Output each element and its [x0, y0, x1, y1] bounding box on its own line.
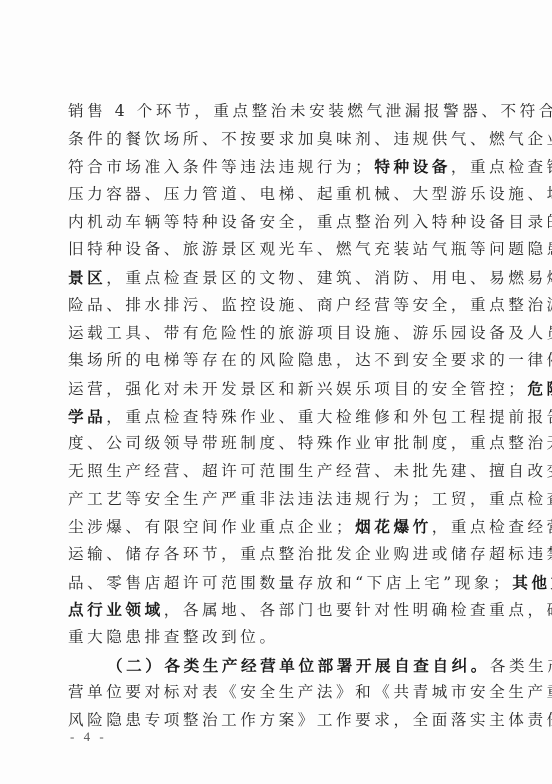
- text-segment: 运载工具、带有危险性的旅游项目设施、游乐园设备及人员密: [68, 324, 552, 342]
- bold-keyword: 景区: [68, 268, 106, 287]
- text-line: 销售 4 个环节，重点整治未安装燃气泄漏报警器、不符合安全: [68, 98, 480, 126]
- text-segment: 险品、排水排污、监控设施、商户经营等安全，重点整治游客: [68, 296, 552, 314]
- text-segment: 品、零售店超许可范围数量存放和“下店上宅”现象；: [68, 574, 512, 592]
- bold-keyword: 烟花爆竹: [355, 517, 432, 536]
- document-page: 销售 4 个环节，重点整治未安装燃气泄漏报警器、不符合安全 条件的餐饮场所、不按…: [0, 0, 552, 784]
- text-segment: 产工艺等安全生产严重非法违法违规行为；工贸，重点检查粉: [68, 490, 552, 508]
- text-line: 条件的餐饮场所、不按要求加臭味剂、违规供气、燃气企业不: [68, 126, 480, 154]
- text-line: 旧特种设备、旅游景区观光车、燃气充装站气瓶等问题隐患；: [68, 236, 480, 264]
- text-segment: 压力容器、压力管道、电梯、起重机械、大型游乐设施、场（厂）: [68, 185, 552, 203]
- text-line: 风险隐患专项整治工作方案》工作要求，全面落实主体责任，: [68, 707, 480, 735]
- text-line: 尘涉爆、有限空间作业重点企业；烟花爆竹，重点检查经营、: [68, 513, 480, 541]
- bold-keyword: 危险化: [527, 379, 552, 398]
- text-segment: 销售 4 个环节，重点整治未安装燃气泄漏报警器、不符合安全: [68, 102, 552, 120]
- text-segment: ，重点检查景区的文物、建筑、消防、用电、易燃易爆危: [106, 269, 552, 287]
- text-line: 重大隐患排查整改到位。: [68, 624, 480, 652]
- bold-keyword: 特种设备: [374, 157, 451, 176]
- text-segment: 营单位要对标对表《安全生产法》和《共青城市安全生产重大: [68, 683, 552, 701]
- text-line: 景区，重点检查景区的文物、建筑、消防、用电、易燃易爆危: [68, 264, 480, 292]
- text-segment: 旧特种设备、旅游景区观光车、燃气充装站气瓶等问题隐患；: [68, 240, 552, 258]
- text-segment: 各类生产经: [490, 657, 552, 675]
- text-line: 压力容器、压力管道、电梯、起重机械、大型游乐设施、场（厂）: [68, 181, 480, 209]
- body-text: 销售 4 个环节，重点整治未安装燃气泄漏报警器、不符合安全 条件的餐饮场所、不按…: [68, 98, 480, 735]
- text-segment: 风险隐患专项整治工作方案》工作要求，全面落实主体责任，: [68, 711, 552, 729]
- bold-keyword: （二）各类生产经营单位部署开展自查自纠。: [107, 656, 490, 675]
- bold-keyword: 点行业领域: [68, 600, 164, 619]
- text-segment: 集场所的电梯等存在的风险隐患，达不到安全要求的一律停止: [68, 351, 552, 369]
- text-line: 点行业领域，各属地、各部门也要针对性明确检查重点，确保: [68, 596, 480, 624]
- text-line: 运输、储存各环节，重点整治批发企业购进或储存超标违禁产: [68, 541, 480, 569]
- text-line: 符合市场准入条件等违法违规行为；特种设备，重点检查锅炉、: [68, 153, 480, 181]
- text-line: 学品，重点检查特殊作业、重大检维修和外包工程提前报告制: [68, 403, 480, 431]
- text-segment: ，重点检查经营、: [432, 518, 552, 536]
- text-segment: 无照生产经营、超许可范围生产经营、未批先建、擅自改变生: [68, 462, 552, 480]
- page-number: - 4 -: [70, 729, 107, 745]
- text-segment: 尘涉爆、有限空间作业重点企业；: [68, 518, 355, 536]
- text-line: 运营，强化对未开发景区和新兴娱乐项目的安全管控；危险化: [68, 375, 480, 403]
- text-line: 营单位要对标对表《安全生产法》和《共青城市安全生产重大: [68, 679, 480, 707]
- text-line: 品、零售店超许可范围数量存放和“下店上宅”现象；其他重: [68, 569, 480, 597]
- bold-keyword: 学品: [68, 407, 106, 426]
- text-segment: 运营，强化对未开发景区和新兴娱乐项目的安全管控；: [68, 380, 527, 398]
- bold-keyword: 其他重: [512, 573, 552, 592]
- text-segment: ，重点检查锅炉、: [451, 158, 552, 176]
- text-segment: ，重点检查特殊作业、重大检维修和外包工程提前报告制: [106, 408, 552, 426]
- text-line: 集场所的电梯等存在的风险隐患，达不到安全要求的一律停止: [68, 347, 480, 375]
- text-line: 运载工具、带有危险性的旅游项目设施、游乐园设备及人员密: [68, 320, 480, 348]
- section-heading-line: （二）各类生产经营单位部署开展自查自纠。各类生产经: [68, 652, 480, 680]
- text-segment: 条件的餐饮场所、不按要求加臭味剂、违规供气、燃气企业不: [68, 130, 552, 148]
- text-line: 产工艺等安全生产严重非法违法违规行为；工贸，重点检查粉: [68, 486, 480, 514]
- text-line: 险品、排水排污、监控设施、商户经营等安全，重点整治游客: [68, 292, 480, 320]
- text-line: 内机动车辆等特种设备安全，重点整治列入特种设备目录的老: [68, 209, 480, 237]
- text-segment: 内机动车辆等特种设备安全，重点整治列入特种设备目录的老: [68, 213, 552, 231]
- text-segment: 重大隐患排查整改到位。: [68, 628, 279, 646]
- text-segment: 度、公司级领导带班制度、特殊作业审批制度，重点整治无证: [68, 434, 552, 452]
- text-line: 无照生产经营、超许可范围生产经营、未批先建、擅自改变生: [68, 458, 480, 486]
- text-segment: 符合市场准入条件等违法违规行为；: [68, 158, 374, 176]
- text-segment: 运输、储存各环节，重点整治批发企业购进或储存超标违禁产: [68, 545, 552, 563]
- text-segment: ，各属地、各部门也要针对性明确检查重点，确保: [164, 601, 552, 619]
- text-line: 度、公司级领导带班制度、特殊作业审批制度，重点整治无证: [68, 430, 480, 458]
